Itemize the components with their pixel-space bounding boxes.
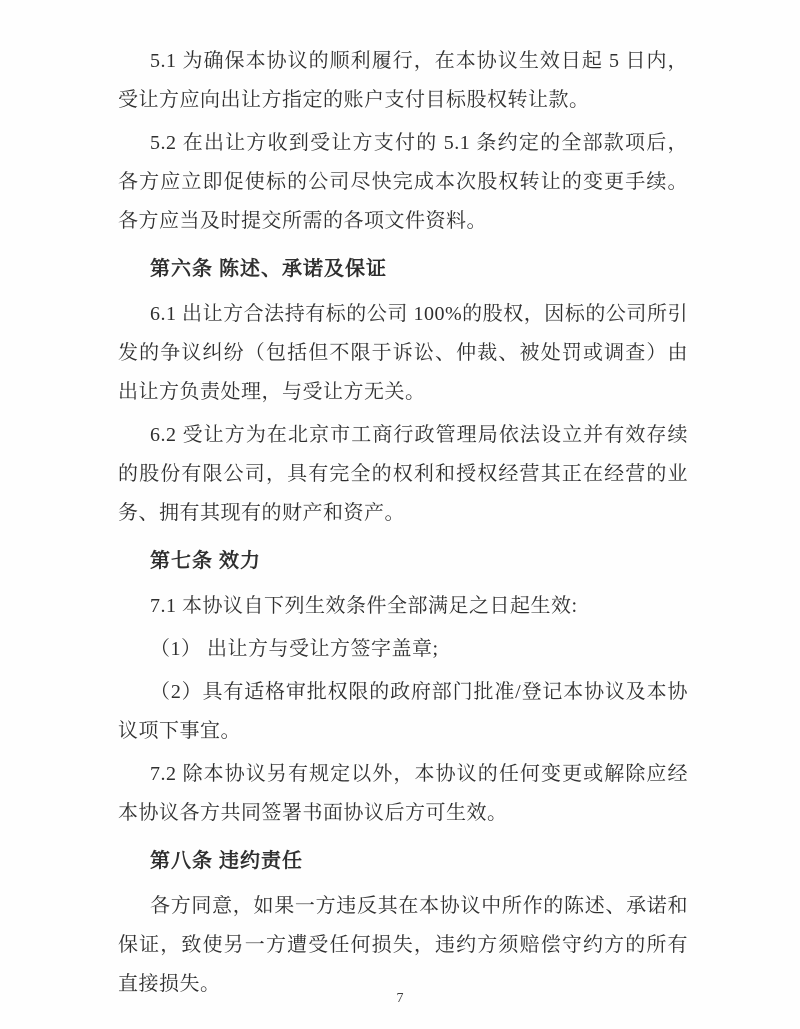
section-heading: 第七条 效力	[118, 542, 688, 581]
section-heading: 第六条 陈述、承诺及保证	[118, 250, 688, 289]
document-paragraph: 5.1 为确保本协议的顺利履行，在本协议生效日起 5 日内，受让方应向出让方指定…	[118, 42, 688, 120]
document-paragraph: （2）具有适格审批权限的政府部门批准/登记本协议及本协议项下事宜。	[118, 673, 688, 751]
document-paragraph: 5.2 在出让方收到受让方支付的 5.1 条约定的全部款项后，各方应立即促使标的…	[118, 124, 688, 241]
page-number: 7	[0, 991, 800, 1007]
document-page: 5.1 为确保本协议的顺利履行，在本协议生效日起 5 日内，受让方应向出让方指定…	[0, 0, 800, 1029]
document-paragraph: 7.1 本协议自下列生效条件全部满足之日起生效:	[118, 587, 688, 626]
document-paragraph: 7.2 除本协议另有规定以外，本协议的任何变更或解除应经本协议各方共同签署书面协…	[118, 755, 688, 833]
document-paragraph: 6.1 出让方合法持有标的公司 100%的股权，因标的公司所引发的争议纠纷（包括…	[118, 295, 688, 412]
document-paragraph: 6.2 受让方为在北京市工商行政管理局依法设立并有效存续的股份有限公司，具有完全…	[118, 416, 688, 533]
document-body: 5.1 为确保本协议的顺利履行，在本协议生效日起 5 日内，受让方应向出让方指定…	[118, 42, 688, 1008]
document-paragraph: 各方同意，如果一方违反其在本协议中所作的陈述、承诺和保证，致使另一方遭受任何损失…	[118, 887, 688, 1004]
section-heading: 第八条 违约责任	[118, 842, 688, 881]
document-paragraph: （1） 出让方与受让方签字盖章;	[118, 630, 688, 669]
